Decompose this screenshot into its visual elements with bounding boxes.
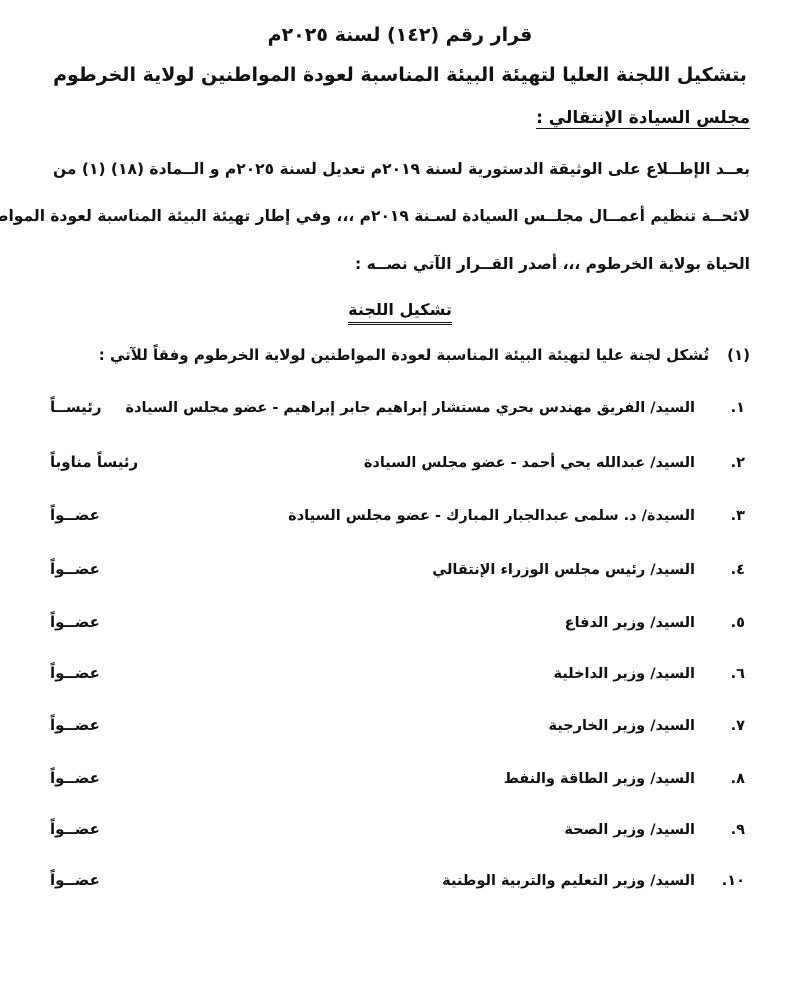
member-name: السيد/ وزير الدفاع: [565, 615, 695, 631]
member-row: ١. السيد/ الفريق مهندس بحري مستشار إبراه…: [50, 396, 745, 426]
document-page: قرار رقم (١٤٢) لسنة ٢٠٢٥م بتشكيل اللجنة …: [0, 0, 800, 1001]
section-heading: تشكيل اللجنة: [0, 300, 800, 325]
decree-subtitle: بتشكيل اللجنة العليا لتهيئة البيئة المنا…: [0, 64, 800, 86]
member-role: عضــواً: [50, 664, 100, 682]
member-role: عضــواً: [50, 820, 100, 838]
member-name: السيد/ الفريق مهندس بحري مستشار إبراهيم …: [126, 400, 695, 416]
member-name: السيد/ وزير الطاقة والنفط: [504, 771, 695, 787]
member-number: ٦.: [717, 666, 745, 682]
member-name: السيد/ وزير الخارجية: [548, 718, 695, 734]
member-role: عضــواً: [50, 769, 100, 787]
clause-number: (١): [727, 346, 750, 364]
member-row: ٣. السيدة/ د. سلمى عبدالجبار المبارك - ع…: [50, 504, 745, 534]
member-number: ٧.: [717, 718, 745, 734]
member-name: السيد/ رئيس مجلس الوزراء الإنتقالي: [432, 562, 695, 578]
member-role: عضــواً: [50, 871, 100, 889]
issuing-council: مجلس السيادة الإنتقالي :: [536, 108, 750, 128]
member-number: ٥.: [717, 615, 745, 631]
member-name: السيد/ عبدالله يحي أحمد - عضو مجلس السيا…: [364, 455, 695, 471]
member-name: السيدة/ د. سلمى عبدالجبار المبارك - عضو …: [288, 508, 695, 524]
member-number: ٢.: [717, 455, 745, 471]
member-role: عضــواً: [50, 506, 100, 524]
member-role: رئيســاً: [50, 398, 102, 416]
clause-1: (١)تُشكل لجنة عليا لتهيئة البيئة المناسب…: [99, 346, 750, 364]
member-number: ١.: [717, 400, 745, 416]
member-row: ١٠. السيد/ وزير التعليم والتربية الوطنية…: [50, 869, 745, 899]
member-number: ٣.: [717, 508, 745, 524]
member-number: ١٠.: [717, 873, 745, 889]
section-heading-text: تشكيل اللجنة: [348, 300, 452, 325]
member-row: ٤. السيد/ رئيس مجلس الوزراء الإنتقالي عض…: [50, 558, 745, 588]
member-number: ٩.: [717, 822, 745, 838]
member-number: ٨.: [717, 771, 745, 787]
member-row: ٦. السيد/ وزير الداخلية عضــواً: [50, 662, 745, 692]
clause-text: تُشكل لجنة عليا لتهيئة البيئة المناسبة ل…: [99, 346, 709, 364]
member-row: ٥. السيد/ وزير الدفاع عضــواً: [50, 611, 745, 641]
member-row: ٩. السيد/ وزير الصحة عضــواً: [50, 818, 745, 848]
member-name: السيد/ وزير الداخلية: [553, 666, 695, 682]
preamble-line-3: الحياة بولاية الخرطوم ،،، أصدر القــرار …: [355, 255, 750, 273]
member-row: ٨. السيد/ وزير الطاقة والنفط عضــواً: [50, 767, 745, 797]
preamble-line-2: لائحــة تنظيم أعمــال مجلــس السيادة لسـ…: [0, 207, 750, 225]
member-role: عضــواً: [50, 613, 100, 631]
member-role: عضــواً: [50, 560, 100, 578]
member-role: عضــواً: [50, 716, 100, 734]
member-name: السيد/ وزير التعليم والتربية الوطنية: [442, 873, 695, 889]
preamble-line-1: بعــد الإطــلاع على الوثيقة الدستورية لس…: [53, 160, 750, 178]
member-name: السيد/ وزير الصحة: [564, 822, 695, 838]
decree-title: قرار رقم (١٤٢) لسنة ٢٠٢٥م: [0, 24, 800, 46]
member-number: ٤.: [717, 562, 745, 578]
member-row: ٧. السيد/ وزير الخارجية عضــواً: [50, 714, 745, 744]
member-role: رئيساً مناوباً: [50, 453, 138, 471]
member-row: ٢. السيد/ عبدالله يحي أحمد - عضو مجلس ال…: [50, 451, 745, 481]
